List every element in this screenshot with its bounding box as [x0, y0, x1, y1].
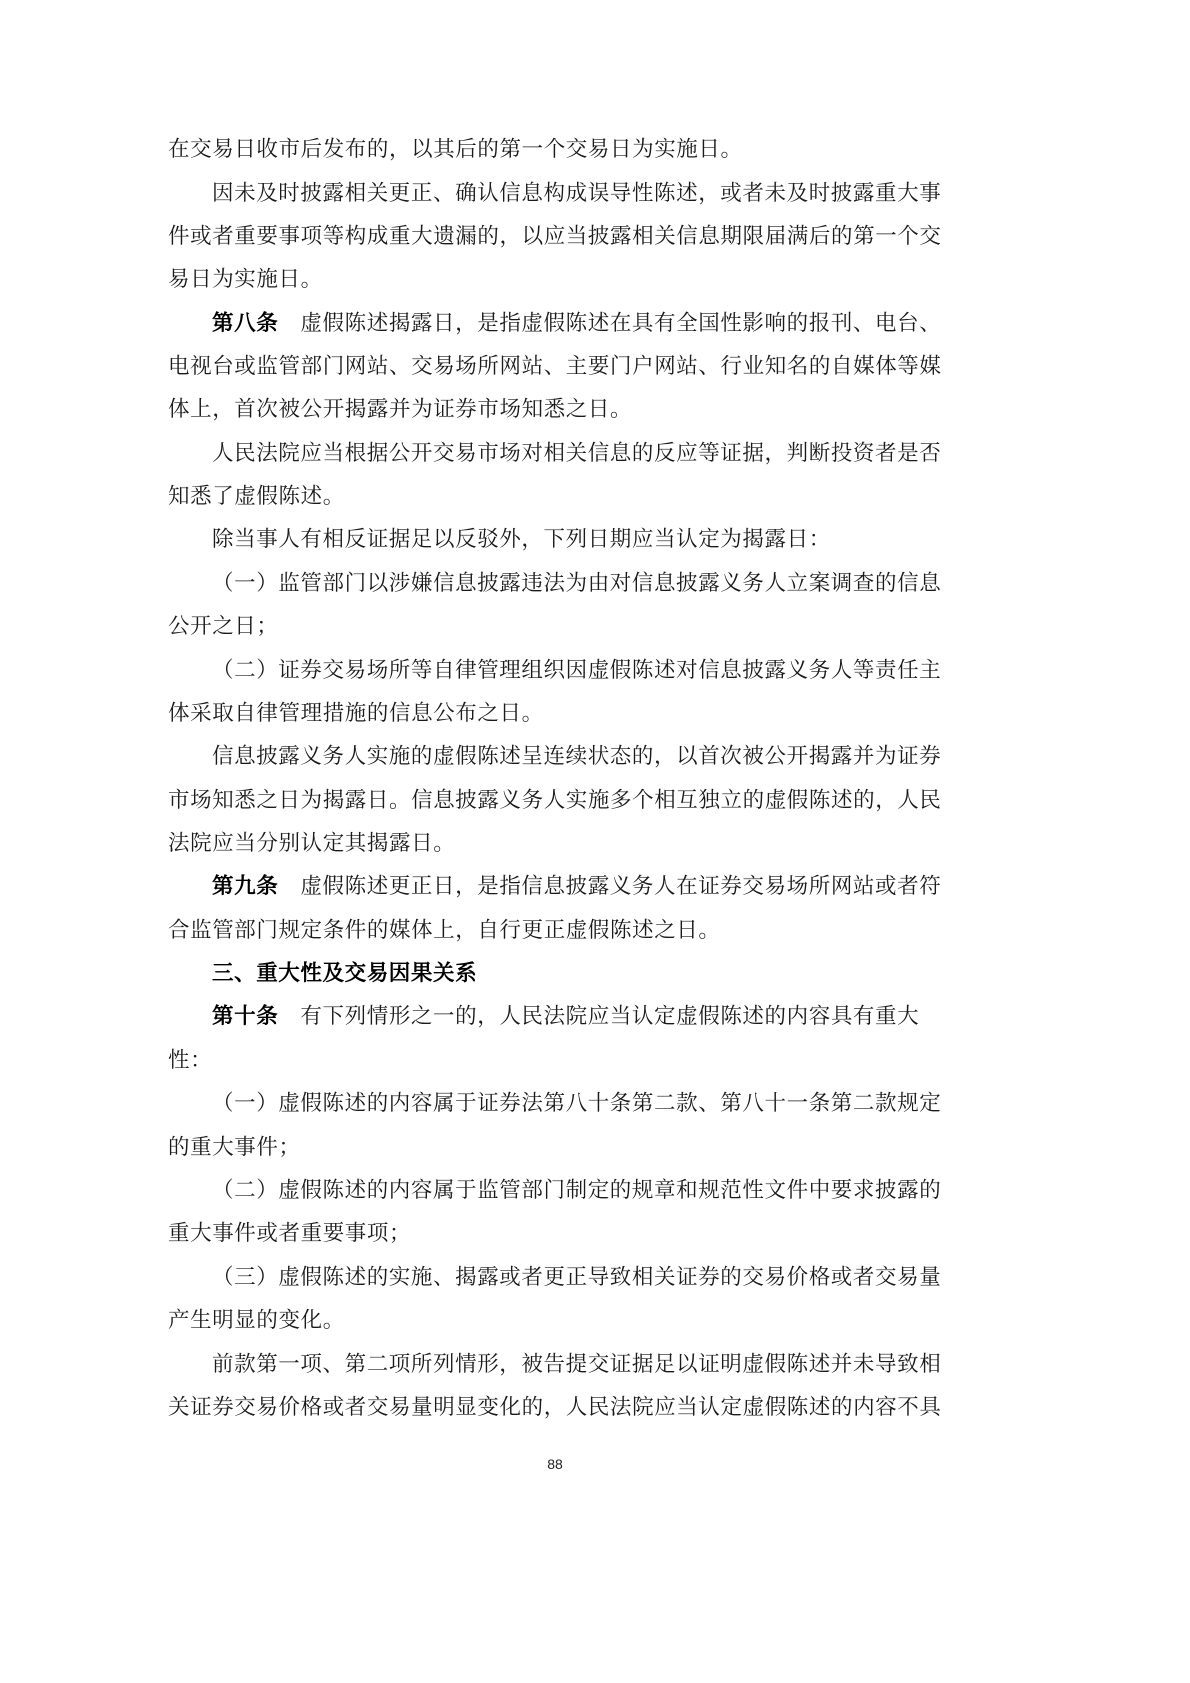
- text-line: 体采取自律管理措施的信息公布之日。: [168, 699, 544, 729]
- text-line: （二）证券交易场所等自律管理组织因虚假陈述对信息披露义务人等责任主: [212, 656, 941, 686]
- text-line: 人民法院应当根据公开交易市场对相关信息的反应等证据，判断投资者是否: [212, 439, 941, 469]
- text-line: 体上，首次被公开揭露并为证券市场知悉之日。: [168, 395, 632, 425]
- article-10: 第十条 有下列情形之一的，人民法院应当认定虚假陈述的内容具有重大: [212, 1002, 919, 1032]
- text-line: 电视台或监管部门网站、交易场所网站、主要门户网站、行业知名的自媒体等媒: [168, 352, 942, 382]
- text-line: 前款第一项、第二项所列情形，被告提交证据足以证明虚假陈述并未导致相: [212, 1350, 941, 1380]
- article-label: 第十条: [212, 1004, 278, 1029]
- text-line: 虚假陈述更正日，是指信息披露义务人在证券交易场所网站或者符: [278, 874, 941, 899]
- text-line: （一）虚假陈述的内容属于证券法第八十条第二款、第八十一条第二款规定: [212, 1089, 941, 1119]
- text-line: 知悉了虚假陈述。: [168, 482, 345, 512]
- article-9: 第九条 虚假陈述更正日，是指信息披露义务人在证券交易场所网站或者符: [212, 872, 941, 902]
- article-label: 第九条: [212, 874, 278, 899]
- text-line: 有下列情形之一的，人民法院应当认定虚假陈述的内容具有重大: [278, 1004, 919, 1029]
- text-line: （三）虚假陈述的实施、揭露或者更正导致相关证券的交易价格或者交易量: [212, 1263, 941, 1293]
- document-page: 在交易日收市后发布的，以其后的第一个交易日为实施日。 因未及时披露相关更正、确认…: [0, 0, 1190, 1683]
- section-heading: 三、重大性及交易因果关系: [212, 959, 477, 989]
- text-line: 除当事人有相反证据足以反驳外，下列日期应当认定为揭露日：: [212, 525, 831, 555]
- text-line: （二）虚假陈述的内容属于监管部门制定的规章和规范性文件中要求披露的: [212, 1176, 941, 1206]
- text-line: 虚假陈述揭露日，是指虚假陈述在具有全国性影响的报刊、电台、: [278, 311, 941, 336]
- text-line: 信息披露义务人实施的虚假陈述呈连续状态的，以首次被公开揭露并为证券: [212, 742, 941, 772]
- article-8: 第八条 虚假陈述揭露日，是指虚假陈述在具有全国性影响的报刊、电台、: [212, 309, 941, 339]
- text-line: 性：: [168, 1046, 212, 1076]
- text-line: 市场知悉之日为揭露日。信息披露义务人实施多个相互独立的虚假陈述的，人民: [168, 786, 942, 816]
- text-line: 关证券交易价格或者交易量明显变化的，人民法院应当认定虚假陈述的内容不具: [168, 1393, 942, 1423]
- article-label: 第八条: [212, 311, 278, 336]
- text-line: 合监管部门规定条件的媒体上，自行更正虚假陈述之日。: [168, 916, 721, 946]
- text-line: 法院应当分别认定其揭露日。: [168, 829, 455, 859]
- text-line: 的重大事件；: [168, 1133, 301, 1163]
- text-line: （一）监管部门以涉嫌信息披露违法为由对信息披露义务人立案调查的信息: [212, 569, 941, 599]
- text-line: 易日为实施日。: [168, 265, 323, 295]
- text-line: 件或者重要事项等构成重大遗漏的，以应当披露相关信息期限届满后的第一个交: [168, 222, 942, 252]
- text-line: 产生明显的变化。: [168, 1306, 345, 1336]
- page-number: 88: [0, 1456, 1110, 1472]
- text-line: 因未及时披露相关更正、确认信息构成误导性陈述，或者未及时披露重大事: [212, 179, 941, 209]
- text-line: 在交易日收市后发布的，以其后的第一个交易日为实施日。: [168, 135, 743, 165]
- text-line: 重大事件或者重要事项；: [168, 1219, 411, 1249]
- text-line: 公开之日；: [168, 612, 279, 642]
